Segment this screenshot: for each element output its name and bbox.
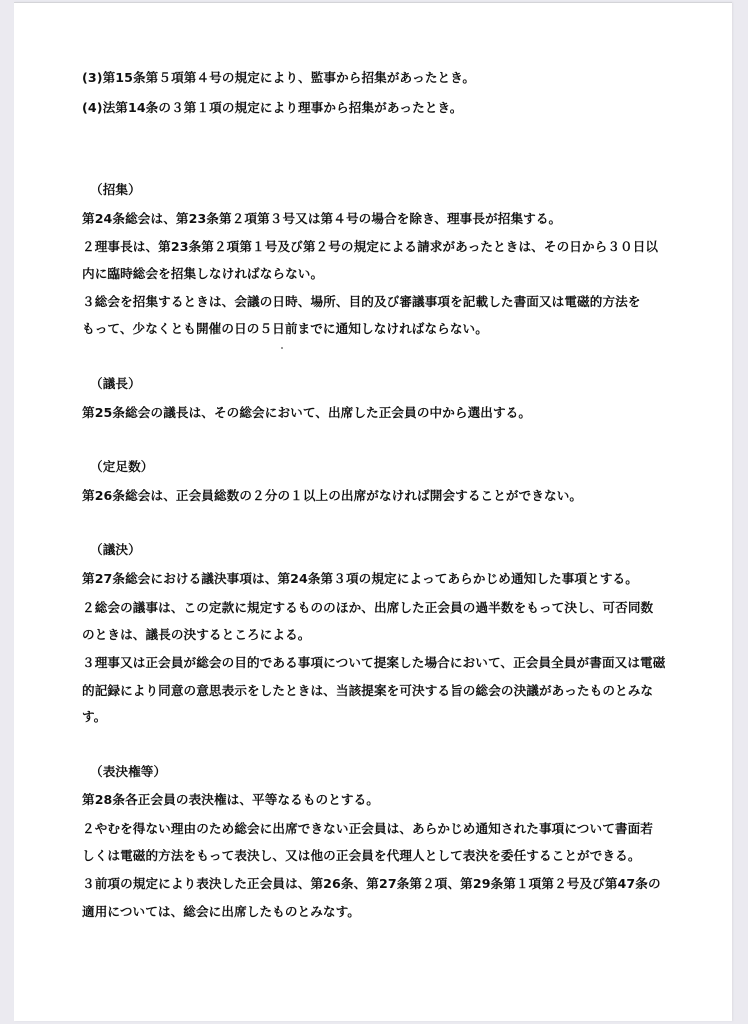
scan-speck: [281, 347, 283, 349]
paragraph-line: 適用については、総会に出席したものとみなす。: [82, 904, 360, 920]
paragraph-line: ２理事長は、第23条第２項第１号及び第２号の規定による請求があったときは、その日…: [82, 239, 658, 255]
item-line: (4)法第14条の３第１項の規定により理事から招集があったとき。: [82, 100, 462, 116]
paragraph-line: ３理事又は正会員が総会の目的である事項について提案した場合において、正会員全員が…: [82, 655, 665, 671]
section-heading: （招集）: [90, 182, 141, 198]
section-heading: （表決権等）: [90, 764, 166, 780]
paragraph-line: もって、少なくとも開催の日の５日前までに通知しなければならない。: [82, 321, 488, 337]
paragraph-line: 内に臨時総会を招集しなければならない。: [82, 266, 323, 282]
paragraph-line: 的記録により同意の意思表示をしたときは、当該提案を可決する旨の総会の決議があった…: [82, 683, 653, 699]
paragraph-line: しくは電磁的方法をもって表決し、又は他の正会員を代理人として表決を委任することが…: [82, 848, 641, 864]
paragraph-line: ２やむを得ない理由のため総会に出席できない正会員は、あらかじめ通知された事項につ…: [82, 821, 653, 837]
article-line: 第27条総会における議決事項は、第24条第３項の規定によってあらかじめ通知した事…: [82, 571, 638, 587]
article-line: 第24条総会は、第23条第２項第３号又は第４号の場合を除き、理事長が招集する。: [82, 211, 561, 227]
item-line: (3)第15条第５項第４号の規定により、監事から招集があったとき。: [82, 70, 475, 86]
article-line: 第26条総会は、正会員総数の２分の１以上の出席がなければ開会することができない。: [82, 488, 582, 504]
paragraph-line: ３前項の規定により表決した正会員は、第26条、第27条第２項、第29条第１項第２…: [82, 876, 661, 892]
paragraph-line: ３総会を招集するときは、会議の日時、場所、目的及び審議事項を記載した書面又は電磁…: [82, 294, 641, 310]
section-heading: （議長）: [90, 376, 141, 392]
article-line: 第25条総会の議長は、その総会において、出席した正会員の中から選出する。: [82, 405, 531, 421]
paragraph-line: ２総会の議事は、この定款に規定するもののほか、出席した正会員の過半数をもって決し…: [82, 600, 653, 616]
section-heading: （議決）: [90, 542, 141, 558]
paragraph-line: のときは、議長の決するところによる。: [82, 627, 311, 643]
article-line: 第28条各正会員の表決権は、平等なるものとする。: [82, 792, 379, 808]
section-heading: （定足数）: [90, 459, 153, 475]
document-page: (3)第15条第５項第４号の規定により、監事から招集があったとき。 (4)法第1…: [14, 2, 732, 1021]
paragraph-line: す。: [82, 709, 106, 725]
